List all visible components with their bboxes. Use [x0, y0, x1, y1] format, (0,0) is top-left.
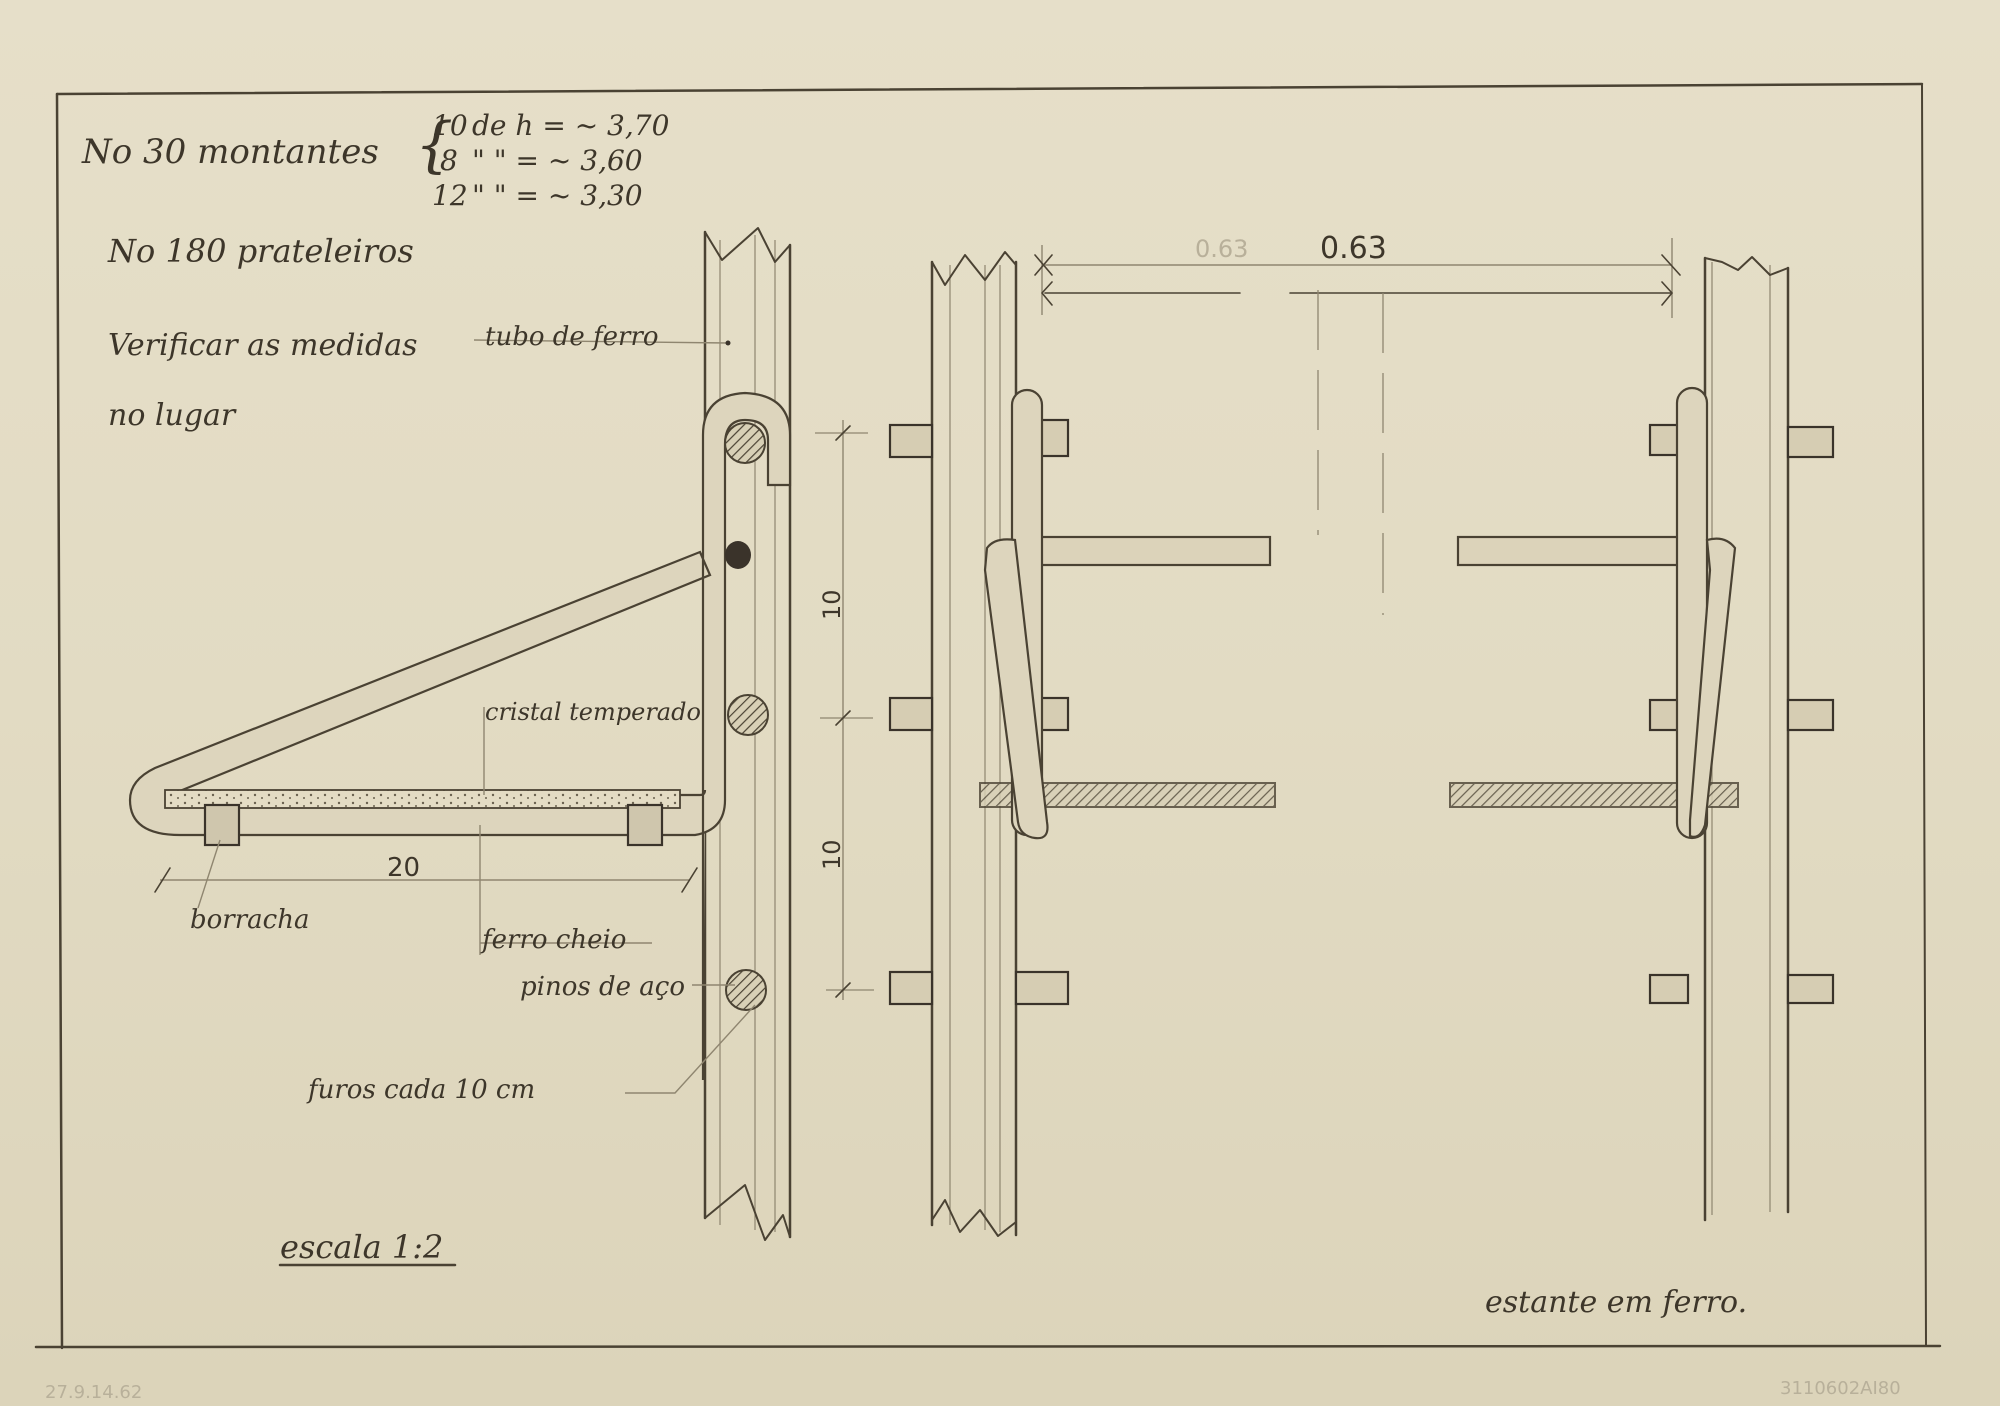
rubber-pad — [205, 805, 239, 845]
stamp-archive-id: 3110602AI80 — [1780, 1378, 1901, 1399]
stamp-date: 27.9.14.62 — [45, 1382, 142, 1403]
label-glass: cristal temperado — [485, 698, 701, 726]
pin-spacing-dimension: 10 10 — [815, 420, 874, 1000]
dimension-width-faint: 0.63 — [1195, 235, 1248, 263]
steel-pin — [726, 970, 766, 1010]
label-holes: furos cada 10 cm — [306, 1075, 535, 1105]
drawing-title: estante em ferro. — [1485, 1285, 1747, 1320]
dimension-shelf-depth: 20 — [387, 853, 420, 883]
steel-pin — [728, 695, 768, 735]
label-rubber: borracha — [190, 905, 309, 935]
montante-spec: " " = ~ 3,30 — [472, 179, 643, 212]
montante-qty: 8 — [440, 144, 458, 177]
note-verify: Verificar as medidas — [108, 328, 417, 363]
montante-qty: 12 — [432, 179, 468, 212]
note-in-place: no lugar — [108, 398, 237, 433]
dimension-spacing-upper: 10 — [818, 589, 846, 620]
drawing-sheet: 20 10 10 — [0, 0, 2000, 1406]
note-prateleiros: No 180 prateleiros — [107, 232, 414, 270]
label-steel-pins: pinos de aço — [520, 972, 685, 1002]
dimension-spacing-lower: 10 — [818, 839, 846, 870]
scale-label: escala 1:2 — [280, 1228, 443, 1266]
technical-drawing: 20 10 10 — [0, 0, 2000, 1406]
label-solid-iron: ferro cheio — [480, 925, 626, 955]
note-montantes: No 30 montantes — [81, 132, 379, 172]
bracket-front-view-mirrored — [1450, 257, 1833, 1220]
montante-qty: 10 — [432, 109, 468, 142]
montante-spec: " " = ~ 3,60 — [472, 144, 643, 177]
label-tube: tubo de ferro — [485, 322, 659, 352]
bracket-front-view — [890, 252, 1275, 1236]
rubber-pad — [628, 805, 662, 845]
montante-spec: de h = ~ 3,70 — [472, 109, 669, 142]
dimension-width: 0.63 — [1320, 231, 1387, 266]
glass-shelf — [165, 790, 680, 808]
